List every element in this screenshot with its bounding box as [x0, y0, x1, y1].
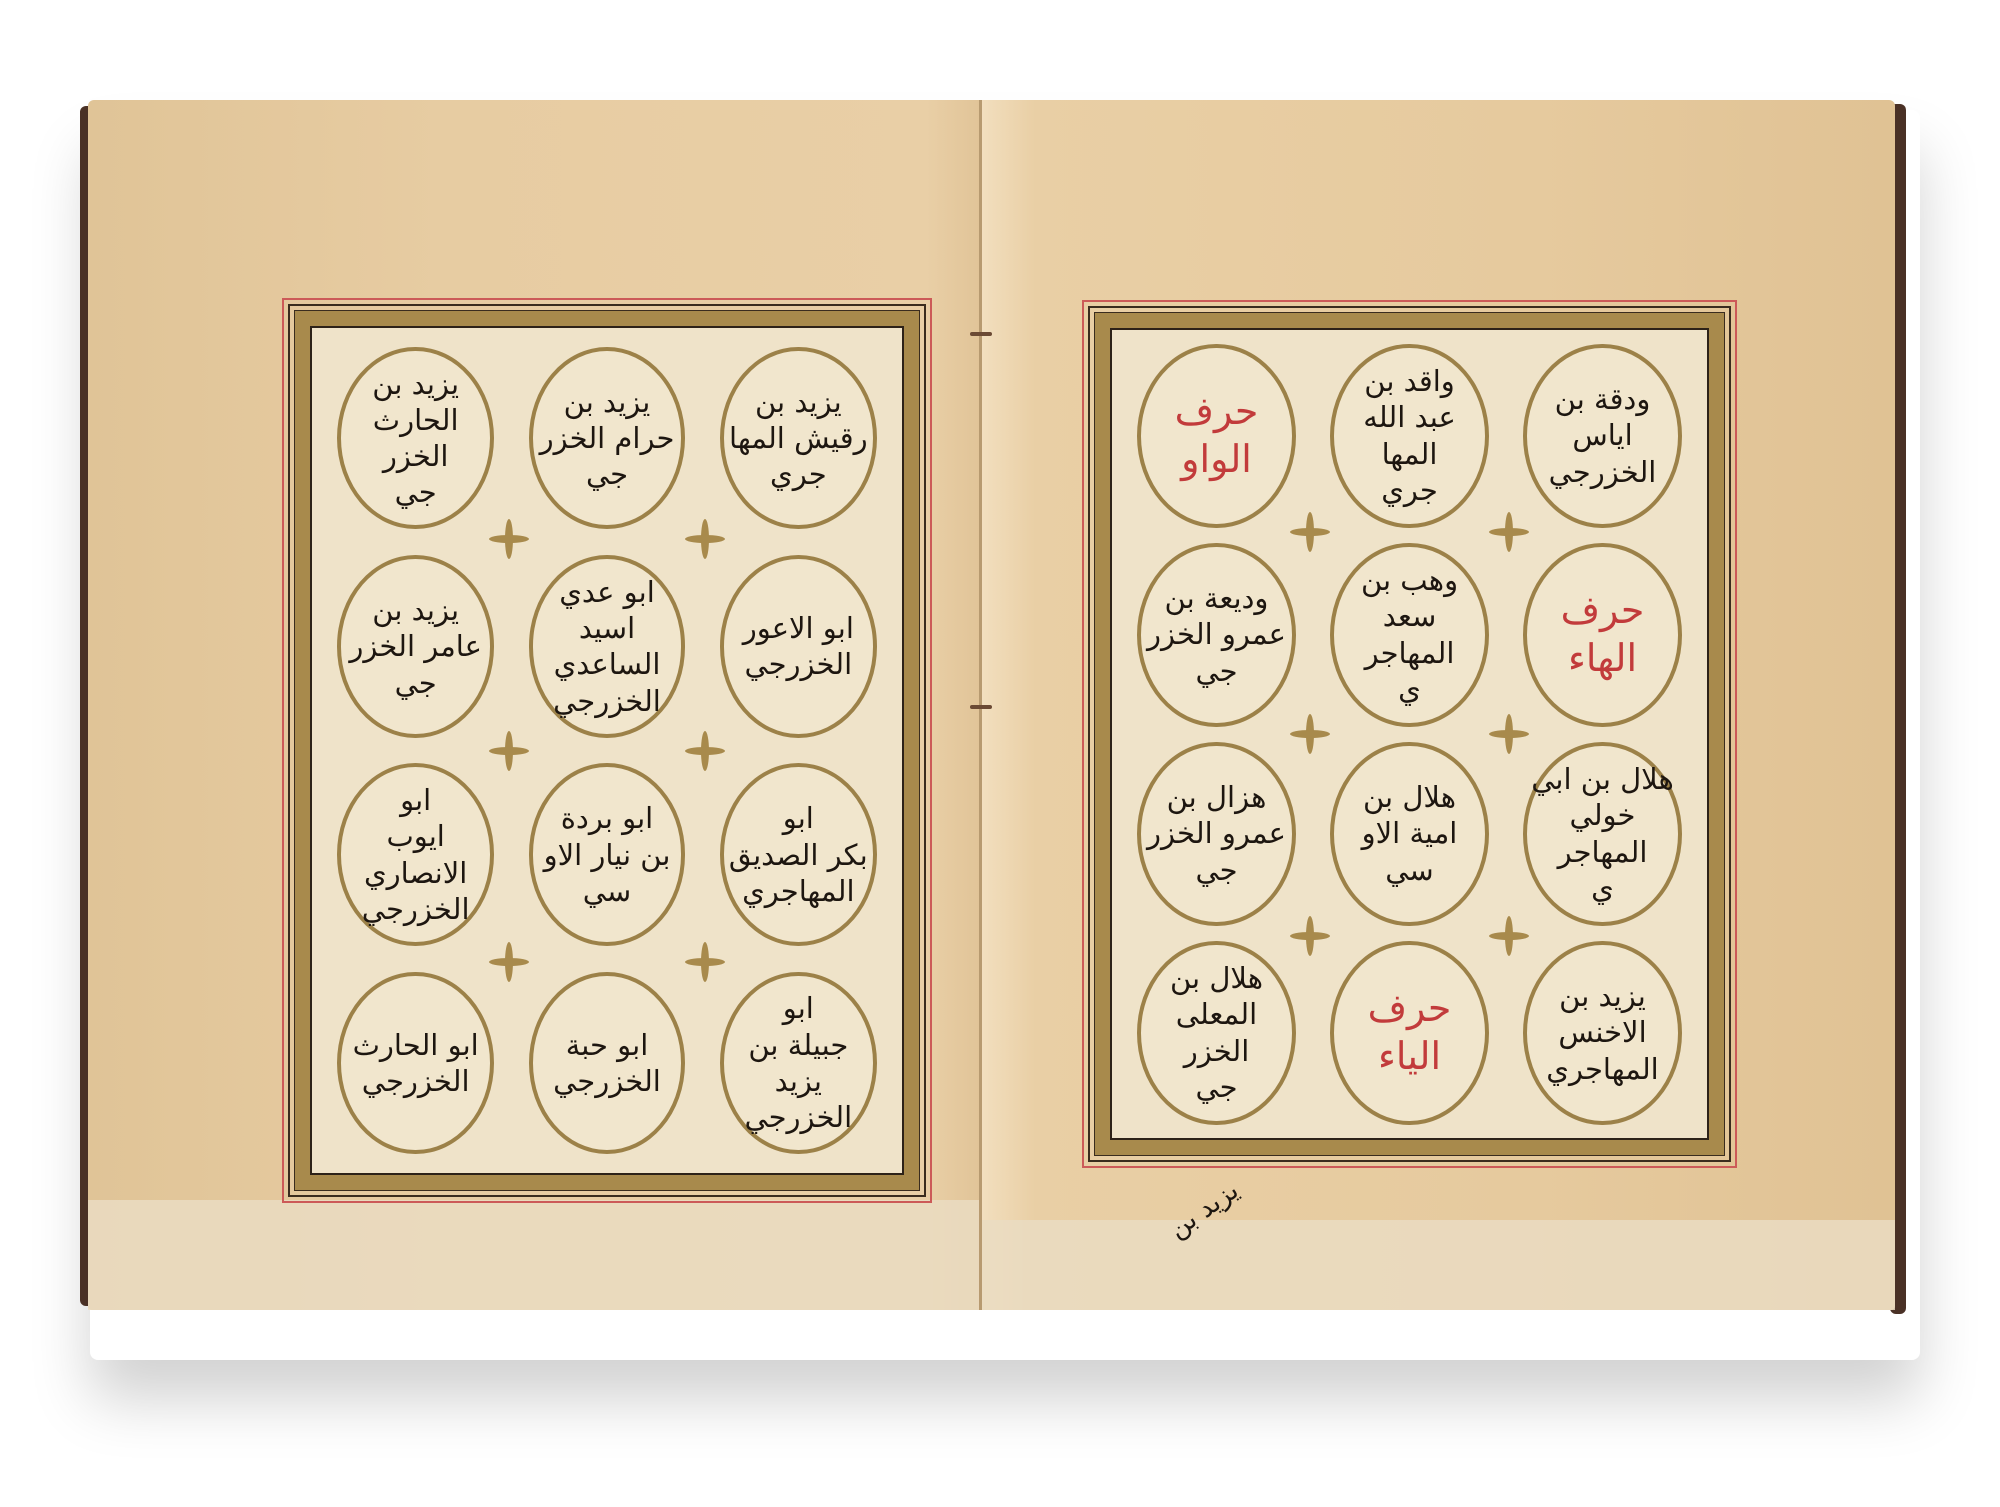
calligraphy-line: سي [1385, 852, 1433, 888]
calligraphy-line: سي [583, 873, 631, 909]
medallion-cell: هلال بن ابيخولي المهاجري [1506, 734, 1699, 933]
name-medallion: ابوجبيلة بن يزيدالخزرجي [720, 972, 877, 1154]
calligraphy-line: يزيد بن [755, 384, 842, 420]
calligraphy-line: امية الاو [1362, 815, 1458, 851]
calligraphy-line: ايوب الانصاري [341, 818, 490, 891]
calligraphy-line: سعد المهاجر [1334, 598, 1484, 671]
letter-heading-medallion: حرفالياء [1330, 941, 1488, 1125]
calligraphy-line: حرف [1368, 985, 1452, 1033]
medallion-cell: هلال بنالمعلى الخزرجي [1120, 933, 1313, 1132]
gold-floral-ornament [1290, 714, 1330, 754]
medallion-cell: حرفالواو [1120, 336, 1313, 535]
calligraphy-line: هلال بن [1170, 960, 1263, 996]
calligraphy-line: الخزرجي [553, 1063, 661, 1099]
medallion-grid-right: حرفالواوواقد بنعبد الله المهاجريودقة بنا… [1110, 328, 1709, 1140]
medallion-grid-left: يزيد بنالحارث الخزرجييزيد بنحرام الخزرجي… [310, 326, 904, 1175]
medallion-cell: ابو الاعورالخزرجي [703, 542, 894, 750]
calligraphy-line: جبيلة بن يزيد [724, 1027, 873, 1100]
calligraphy-line: جري [1381, 472, 1438, 508]
calligraphy-line: الحارث الخزر [341, 402, 490, 475]
calligraphy-line: ابو [400, 782, 431, 818]
calligraphy-line: ي [1398, 671, 1421, 707]
calligraphy-line: الاخنس المهاجري [1527, 1014, 1677, 1087]
gold-floral-ornament [1489, 714, 1529, 754]
name-medallion: ابو عدياسيد الساعديالخزرجي [529, 555, 686, 737]
calligraphy-line: واقد بن [1364, 363, 1455, 399]
worn-bottom-edge [88, 1200, 980, 1310]
medallion-cell: يزيد بنحرام الخزرجي [511, 334, 702, 542]
medallion-cell: ابو بردةبن نيار الاوسي [511, 751, 702, 959]
calligraphy-line: الخزرجي [362, 1063, 470, 1099]
name-medallion: وديعة بنعمرو الخزرجي [1137, 543, 1295, 727]
calligraphy-line: المعلى الخزر [1141, 996, 1291, 1069]
worn-bottom-edge [980, 1220, 1895, 1310]
medallion-cell: ابوجبيلة بن يزيدالخزرجي [703, 959, 894, 1167]
name-medallion: يزيد بنعامر الخزرجي [337, 555, 494, 737]
gold-floral-ornament [489, 519, 529, 559]
calligraphy-line: حرف [1561, 587, 1645, 635]
calligraphy-line: عمرو الخزر [1147, 815, 1286, 851]
letter-heading-medallion: حرفالواو [1137, 344, 1295, 528]
medallion-cell: وديعة بنعمرو الخزرجي [1120, 535, 1313, 734]
name-medallion: هلال بن ابيخولي المهاجري [1523, 742, 1681, 926]
name-medallion: هلال بنامية الاوسي [1330, 742, 1488, 926]
calligraphy-line: جي [395, 474, 437, 510]
calligraphy-line: هلال بن [1363, 779, 1456, 815]
gold-floral-ornament [1489, 916, 1529, 956]
binding-stitch [970, 332, 992, 336]
medallion-cell: حرفالهاء [1506, 535, 1699, 734]
gold-floral-ornament [685, 731, 725, 771]
calligraphy-line: اياس الخزرجي [1527, 417, 1677, 490]
calligraphy-line: ي [1591, 870, 1614, 906]
name-medallion: يزيد بنرقيش المهاجري [720, 347, 877, 529]
calligraphy-line: الهاء [1568, 635, 1637, 683]
gold-floral-ornament [1290, 512, 1330, 552]
calligraphy-line: جي [395, 665, 437, 701]
name-medallion: وهب بنسعد المهاجري [1330, 543, 1488, 727]
medallion-cell: يزيد بنالاخنس المهاجري [1506, 933, 1699, 1132]
calligraphy-line: جري [770, 456, 827, 492]
medallion-cell: هلال بنامية الاوسي [1313, 734, 1506, 933]
calligraphy-line: عبد الله المها [1334, 399, 1484, 472]
calligraphy-line: ابو عدي [559, 574, 655, 610]
calligraphy-line: عمرو الخزر [1147, 616, 1286, 652]
medallion-cell: ابوبكر الصديقالمهاجري [703, 751, 894, 959]
calligraphy-line: جي [1195, 1069, 1237, 1105]
name-medallion: واقد بنعبد الله المهاجري [1330, 344, 1488, 528]
name-medallion: ابوبكر الصديقالمهاجري [720, 763, 877, 945]
gold-floral-ornament [489, 731, 529, 771]
name-medallion: ابو بردةبن نيار الاوسي [529, 763, 686, 945]
medallion-cell: ابو الحارثالخزرجي [320, 959, 511, 1167]
calligraphy-line: بن نيار الاو [544, 837, 671, 873]
medallion-cell: ابوايوب الانصاريالخزرجي [320, 751, 511, 959]
medallion-cell: هزال بنعمرو الخزرجي [1120, 734, 1313, 933]
calligraphy-line: المهاجري [742, 873, 855, 909]
calligraphy-line: ابو الاعور [743, 610, 854, 646]
calligraphy-line: الواو [1181, 436, 1252, 484]
gold-floral-ornament [685, 519, 725, 559]
calligraphy-line: وديعة بن [1165, 580, 1269, 616]
calligraphy-line: ابو [783, 990, 814, 1026]
calligraphy-line: هزال بن [1167, 779, 1267, 815]
medallion-cell: ابو حبةالخزرجي [511, 959, 702, 1167]
calligraphy-line: عامر الخزر [349, 628, 482, 664]
calligraphy-line: يزيد بن [1559, 978, 1646, 1014]
calligraphy-line: ابو الحارث [353, 1027, 479, 1063]
name-medallion: هلال بنالمعلى الخزرجي [1137, 941, 1295, 1125]
calligraphy-line: حرف [1175, 388, 1259, 436]
calligraphy-line: الخزرجي [553, 683, 661, 719]
calligraphy-line: ابو [783, 800, 814, 836]
calligraphy-line: بكر الصديق [729, 837, 868, 873]
medallion-cell: يزيد بنعامر الخزرجي [320, 542, 511, 750]
medallion-cell: واقد بنعبد الله المهاجري [1313, 336, 1506, 535]
name-medallion: هزال بنعمرو الخزرجي [1137, 742, 1295, 926]
calligraphy-line: حرام الخزر [540, 420, 675, 456]
name-medallion: ابوايوب الانصاريالخزرجي [337, 763, 494, 945]
binding-stitch [970, 705, 992, 709]
right-illuminated-frame: حرفالواوواقد بنعبد الله المهاجريودقة بنا… [1082, 300, 1737, 1168]
medallion-cell: حرفالياء [1313, 933, 1506, 1132]
medallion-cell: يزيد بنالحارث الخزرجي [320, 334, 511, 542]
name-medallion: ابو حبةالخزرجي [529, 972, 686, 1154]
calligraphy-line: ابو بردة [561, 800, 654, 836]
calligraphy-line: يزيد بن [372, 592, 459, 628]
name-medallion: يزيد بنالحارث الخزرجي [337, 347, 494, 529]
calligraphy-line: الخزرجي [744, 646, 852, 682]
calligraphy-line: ابو حبة [566, 1027, 649, 1063]
calligraphy-line: خولي المهاجر [1527, 797, 1677, 870]
gold-floral-ornament [685, 942, 725, 982]
medallion-cell: وهب بنسعد المهاجري [1313, 535, 1506, 734]
medallion-cell: ودقة بناياس الخزرجي [1506, 336, 1699, 535]
calligraphy-line: الخزرجي [362, 891, 470, 927]
calligraphy-line: الخزرجي [744, 1099, 852, 1135]
calligraphy-line: يزيد بن [372, 366, 459, 402]
calligraphy-line: جي [586, 456, 628, 492]
name-medallion: يزيد بنالاخنس المهاجري [1523, 941, 1681, 1125]
calligraphy-line: رقيش المها [729, 420, 868, 456]
name-medallion: ودقة بناياس الخزرجي [1523, 344, 1681, 528]
name-medallion: ابو الاعورالخزرجي [720, 555, 877, 737]
calligraphy-line: الياء [1378, 1033, 1441, 1081]
calligraphy-line: وهب بن [1361, 562, 1458, 598]
calligraphy-line: هلال بن ابي [1531, 761, 1674, 797]
name-medallion: ابو الحارثالخزرجي [337, 972, 494, 1154]
gold-floral-ornament [489, 942, 529, 982]
calligraphy-line: اسيد الساعدي [533, 610, 682, 683]
medallion-cell: يزيد بنرقيش المهاجري [703, 334, 894, 542]
calligraphy-line: يزيد بن [564, 384, 651, 420]
left-illuminated-frame: يزيد بنالحارث الخزرجييزيد بنحرام الخزرجي… [282, 298, 932, 1203]
calligraphy-line: ودقة بن [1555, 381, 1651, 417]
gold-floral-ornament [1290, 916, 1330, 956]
medallion-cell: ابو عدياسيد الساعديالخزرجي [511, 542, 702, 750]
letter-heading-medallion: حرفالهاء [1523, 543, 1681, 727]
gold-floral-ornament [1489, 512, 1529, 552]
calligraphy-line: جي [1195, 852, 1237, 888]
calligraphy-line: جي [1195, 653, 1237, 689]
name-medallion: يزيد بنحرام الخزرجي [529, 347, 686, 529]
